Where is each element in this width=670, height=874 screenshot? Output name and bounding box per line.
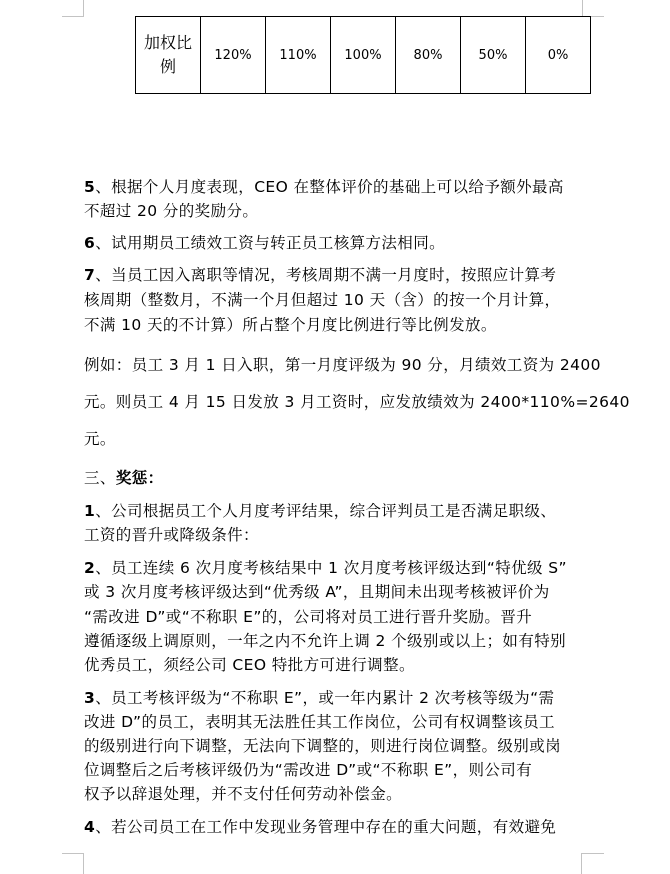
row-label-cell: 加权比 例 [136,17,201,94]
item7-line3: 不满 10 天的不计算）所占整个月度比例进行等比例发放。 [84,313,497,337]
table-cell: 50% [461,17,526,94]
s3-item2-line3: “需改进 D”或“不称职 E”的，公司将对员工进行晋升奖励。晋升 [84,605,532,629]
page-corner-mark-top-right [582,0,604,17]
s3-item2-line2: 或 3 次月度考核评级达到“优秀级 A”，且期间未出现考核被评价为 [84,580,550,604]
s3-item4-line1: 4、若公司员工在工作中发现业务管理中存在的重大问题，有效避免 [84,815,556,839]
item7-line2: 核周期（整数月，不满一个月但超过 10 天（含）的按一个月计算， [84,288,560,312]
s3-item2-line4: 遵循逐级上调原则，一年之内不允许上调 2 个级别或以上；如有特别 [84,629,566,653]
table-cell: 120% [201,17,266,94]
paragraph-text: 、公司根据员工个人月度考评结果，综合评判员工是否满足职级、 [95,502,556,520]
paragraph-text: 、员工考核评级为“不称职 E”，或一年内累计 2 次考核等级为“需 [95,689,554,707]
s3-item3-line2: 改进 D”的员工，表明其无法胜任其工作岗位，公司有权调整该员工 [84,710,555,734]
item5-line1: 5、根据个人月度表现，CEO 在整体评价的基础上可以给予额外最高 [84,175,564,199]
section-title: 奖惩： [116,469,164,487]
table-cell: 0% [526,17,591,94]
page-corner-mark-bottom-right [581,853,604,874]
s3-item2-line1: 2、员工连续 6 次月度考核结果中 1 次月度考核评级达到“特优级 S” [84,556,567,580]
item-number: 1 [84,502,95,520]
table-row: 加权比 例 120% 110% 100% 80% 50% 0% [136,17,591,94]
paragraph-text: 、员工连续 6 次月度考核结果中 1 次月度考核评级达到“特优级 S” [95,559,567,577]
section-prefix: 三、 [84,469,116,487]
s3-item3-line1: 3、员工考核评级为“不称职 E”，或一年内累计 2 次考核等级为“需 [84,686,554,710]
weight-ratio-table: 加权比 例 120% 110% 100% 80% 50% 0% [135,16,591,94]
s3-item3-line5: 权予以辞退处理，并不支付任何劳动补偿金。 [84,782,402,806]
s3-item1-line2: 工资的晋升或降级条件： [84,523,259,547]
row-label-line2: 例 [160,57,176,76]
table-cell: 80% [396,17,461,94]
example-line1: 例如：员工 3 月 1 日入职，第一月度评级为 90 分，月绩效工资为 2400 [84,353,601,377]
paragraph-text: 、试用期员工绩效工资与转正员工核算方法相同。 [95,234,445,252]
item6-line1: 6、试用期员工绩效工资与转正员工核算方法相同。 [84,231,445,255]
row-label-line1: 加权比 [144,33,192,52]
paragraph-text: 、若公司员工在工作中发现业务管理中存在的重大问题，有效避免 [95,818,556,836]
example-line3: 元。 [84,427,116,451]
page-corner-mark-top-left [62,0,84,17]
item7-line1: 7、当员工因入离职等情况，考核周期不满一月度时，按照应计算考 [84,263,556,287]
item-number: 6 [84,234,95,252]
item-number: 4 [84,818,95,836]
s3-item3-line3: 的级别进行向下调整，无法向下调整的，则进行岗位调整。级别或岗 [84,734,561,758]
s3-item1-line1: 1、公司根据员工个人月度考评结果，综合评判员工是否满足职级、 [84,499,556,523]
item5-line2: 不超过 20 分的奖励分。 [84,199,258,223]
item-number: 3 [84,689,95,707]
page-corner-mark-bottom-left [62,853,84,874]
item-number: 2 [84,559,95,577]
s3-item2-line5: 优秀员工，须经公司 CEO 特批方可进行调整。 [84,653,415,677]
item-number: 7 [84,266,95,284]
paragraph-text: 、根据个人月度表现，CEO 在整体评价的基础上可以给予额外最高 [95,178,564,196]
item-number: 5 [84,178,95,196]
example-line2: 元。则员工 4 月 15 日发放 3 月工资时，应发放绩效为 2400*110%… [84,390,630,414]
table-cell: 110% [266,17,331,94]
paragraph-text: 、当员工因入离职等情况，考核周期不满一月度时，按照应计算考 [95,266,556,284]
s3-item3-line4: 位调整后之后考核评级仍为“需改进 D”或“不称职 E”，则公司有 [84,758,532,782]
section-heading: 三、奖惩： [84,466,164,490]
table-cell: 100% [331,17,396,94]
